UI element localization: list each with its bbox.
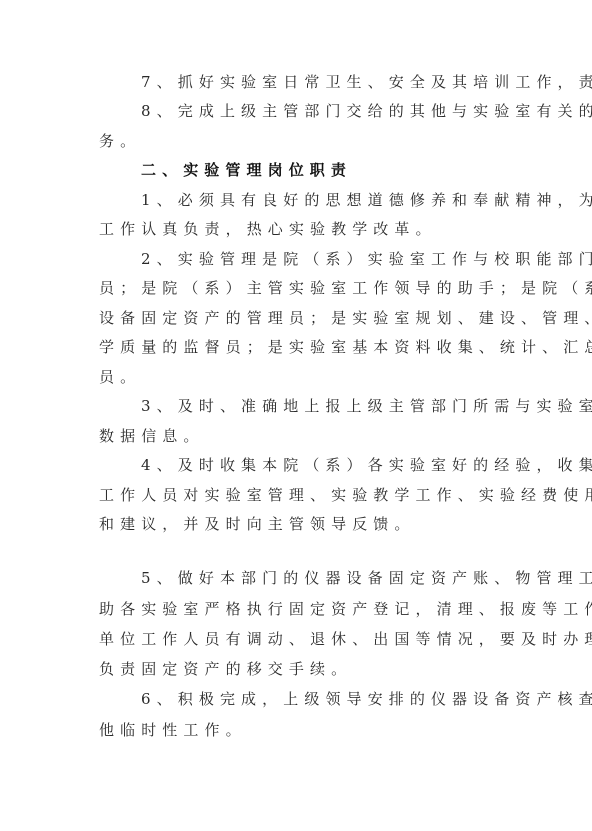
duty-3-line-1: 3、及时、准确地上报上级主管部门所需与实验室有关的 — [141, 395, 592, 417]
item-7-line-1: 7、抓好实验室日常卫生、安全及其培训工作，责任到人。 — [141, 71, 592, 93]
section-heading: 二、实验管理岗位职责 — [141, 159, 352, 181]
duty-6-line-1: 6、积极完成，上级领导安排的仪器设备资产核查以及其 — [141, 688, 592, 710]
document-page: 7、抓好实验室日常卫生、安全及其培训工作，责任到人。 8、完成上级主管部门交给的… — [0, 0, 592, 831]
duty-6-line-2: 他临时性工作。 — [99, 719, 247, 741]
duty-5-line-4: 负责固定资产的移交手续。 — [99, 658, 352, 680]
duty-2-line-3: 设备固定资产的管理员；是实验室规划、建设、管理、实验教 — [99, 307, 592, 329]
duty-4-line-1: 4、及时收集本院（系）各实验室好的经验，收集实验室 — [141, 454, 592, 476]
duty-3-line-2: 数据信息。 — [99, 425, 205, 447]
duty-2-line-5: 员。 — [99, 366, 141, 388]
item-8-line-2: 务。 — [99, 130, 141, 152]
duty-5-line-1: 5、做好本部门的仪器设备固定资产账、物管理工作，协 — [141, 567, 592, 589]
duty-2-line-4: 学质量的监督员；是实验室基本资料收集、统计、汇总的信息 — [99, 336, 592, 358]
duty-5-line-2: 助各实验室严格执行固定资产登记，清理、报废等工作，凡本 — [99, 598, 592, 620]
duty-1-line-1: 1、必须具有良好的思想道德修养和奉献精神，为人师表， — [141, 189, 592, 211]
duty-1-line-2: 工作认真负责，热心实验教学改革。 — [99, 218, 437, 240]
duty-2-line-1: 2、实验管理是院（系）实验室工作与校职能部门的联络 — [141, 248, 592, 270]
duty-2-line-2: 员；是院（系）主管实验室工作领导的助手；是院（系）仪器 — [99, 277, 592, 299]
duty-5-line-3: 单位工作人员有调动、退休、出国等情况，要及时办理他们所 — [99, 628, 592, 650]
duty-4-line-2: 工作人员对实验室管理、实验教学工作、实验经费使用等意见 — [99, 484, 592, 506]
duty-4-line-3: 和建议，并及时向主管领导反馈。 — [99, 513, 416, 535]
item-8-line-1: 8、完成上级主管部门交给的其他与实验室有关的工作任 — [141, 100, 592, 122]
